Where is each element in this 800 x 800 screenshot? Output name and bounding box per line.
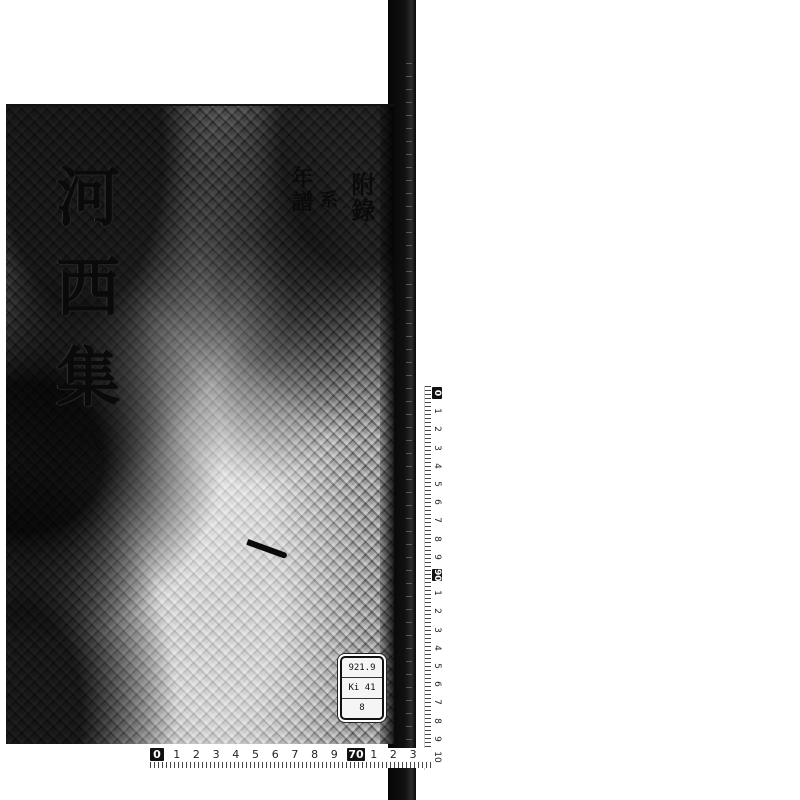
horizontal-ruler-label: 6: [268, 748, 282, 761]
cover-binding-edge: [380, 106, 394, 744]
vertical-ruler-label: 3: [432, 624, 442, 636]
vertical-ruler-label: 7: [432, 696, 442, 708]
vertical-ruler-label: 0: [432, 387, 442, 399]
horizontal-ruler-label: 3: [406, 748, 420, 761]
vertical-ruler-label: 1: [432, 405, 442, 417]
horizontal-ruler-label: 1: [367, 748, 381, 761]
vertical-ruler-label: 1: [432, 587, 442, 599]
label-lineage: 系: [314, 190, 340, 208]
horizontal-ruler-label: 3: [209, 748, 223, 761]
horizontal-ruler-label: 1: [170, 748, 184, 761]
horizontal-ruler-label: 70: [347, 748, 365, 761]
vertical-ruler-ticks: [425, 386, 431, 770]
horizontal-ruler-label: 2: [386, 748, 400, 761]
label-appendix: 附錄: [344, 172, 379, 224]
horizontal-ruler-label: 0: [150, 748, 164, 761]
vertical-ruler-label: 5: [432, 478, 442, 490]
horizontal-ruler: 012345678970123: [150, 748, 434, 768]
title-char-2: 西: [56, 244, 120, 334]
vertical-ruler-label: 9: [432, 551, 442, 563]
cover-title: 河 西 集 八: [56, 154, 120, 460]
vertical-ruler-label: 8: [432, 533, 442, 545]
horizontal-ruler-label: 7: [288, 748, 302, 761]
vertical-ruler: 01234567899012345678910: [424, 386, 443, 770]
title-char-1: 河: [56, 154, 120, 244]
vertical-ruler-label: 6: [432, 678, 442, 690]
vertical-ruler-label: 3: [432, 442, 442, 454]
stain-mark: [246, 539, 288, 559]
horizontal-ruler-label: 4: [229, 748, 243, 761]
horizontal-ruler-label: 9: [327, 748, 341, 761]
vertical-ruler-label: 2: [432, 605, 442, 617]
call-number-line-1: 921.9: [342, 658, 382, 678]
vertical-ruler-label: 8: [432, 715, 442, 727]
horizontal-ruler-label: 2: [189, 748, 203, 761]
vertical-ruler-label: 2: [432, 423, 442, 435]
vertical-ruler-label: 90: [432, 569, 442, 581]
vertical-ruler-label: 6: [432, 496, 442, 508]
volume-number: 八: [73, 420, 103, 460]
call-number-label: 921.9 Ki 41 8: [340, 656, 384, 720]
vertical-ruler-label: 4: [432, 642, 442, 654]
horizontal-ruler-label: 5: [249, 748, 263, 761]
vertical-ruler-label: 5: [432, 660, 442, 672]
label-chronology: 年譜: [286, 166, 317, 214]
call-number-line-3: 8: [342, 699, 382, 718]
horizontal-ruler-ticks: [150, 762, 434, 768]
book-cover: 河 西 集 八 附錄 系 年譜 921.9 Ki 41 8: [6, 104, 394, 744]
horizontal-ruler-label: 8: [308, 748, 322, 761]
vertical-ruler-label: 7: [432, 514, 442, 526]
vertical-ruler-label: 9: [432, 733, 442, 745]
vertical-ruler-label: 4: [432, 460, 442, 472]
title-char-3: 集: [56, 334, 120, 424]
call-number-line-2: Ki 41: [342, 678, 382, 698]
